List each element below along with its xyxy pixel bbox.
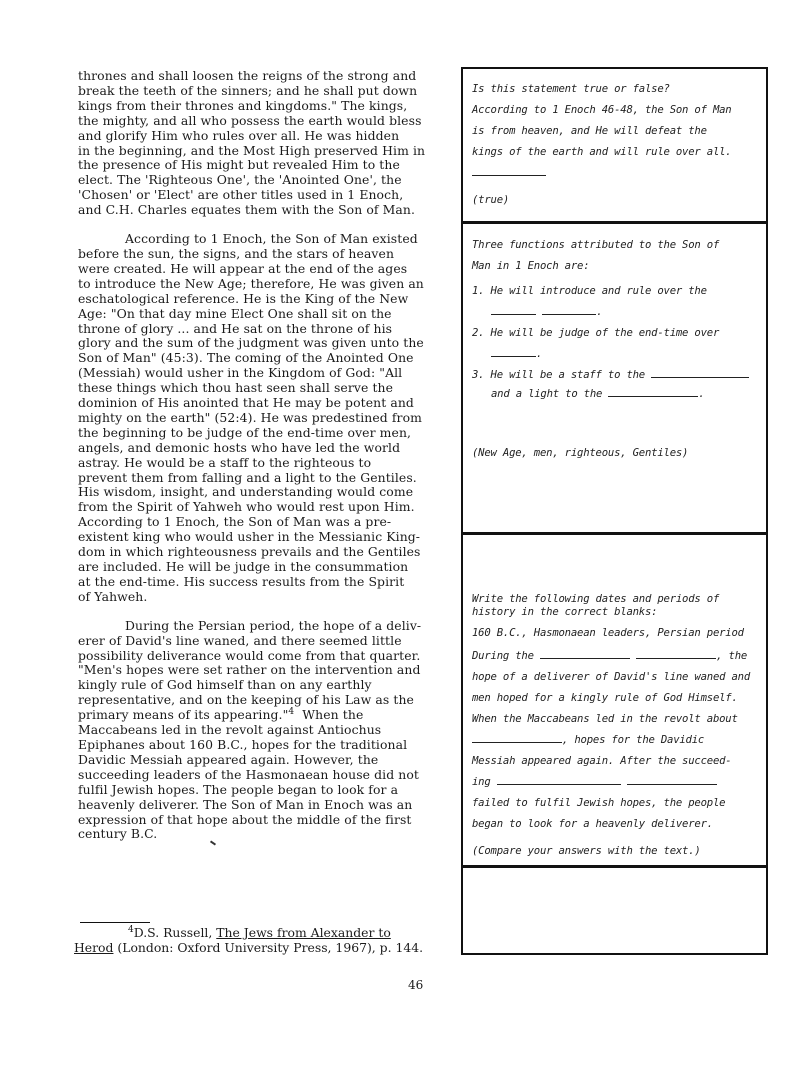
main-text-column: thrones and shall loosen the reigns of t… xyxy=(78,69,456,842)
exercise-box-functions: Three functions attributed to the Son of… xyxy=(472,235,764,464)
page-number: 46 xyxy=(408,978,423,992)
text-line: Age: "On that day mine Elect One shall s… xyxy=(78,307,456,322)
box2-answer: (New Age, men, righteous, Gentiles) xyxy=(472,443,764,464)
text-line: in the beginning, and the Most High pres… xyxy=(78,144,456,159)
box3-line-6: Messiah appeared again. After the succee… xyxy=(472,751,764,772)
text-line: Son of Man" (45:3). The coming of the An… xyxy=(78,351,456,366)
paragraph-2: According to 1 Enoch, the Son of Man exi… xyxy=(78,232,456,605)
text-line: century B.C. xyxy=(78,827,456,842)
text-line: the presence of His might but revealed H… xyxy=(78,158,456,173)
paragraph-3: During the Persian period, the hope of a… xyxy=(78,619,456,843)
footnote-author: D.S. Russell, xyxy=(134,925,217,940)
answer-blank[interactable] xyxy=(472,732,562,743)
box-divider xyxy=(461,532,766,535)
answer-blank[interactable] xyxy=(540,648,630,659)
text-line: succeeding leaders of the Hasmonaean hou… xyxy=(78,768,456,783)
exercise-box-true-false: Is this statement true or false? Accordi… xyxy=(472,79,764,211)
text-line: glory and the sum of the judgment was gi… xyxy=(78,336,456,351)
box3-line-7: ing xyxy=(472,776,491,788)
box1-prompt: Is this statement true or false? xyxy=(472,79,764,100)
text-line: prevent them from falling and a light to… xyxy=(78,471,456,486)
box2-item-1: 1. He will introduce and rule over the xyxy=(472,281,764,302)
answer-blank[interactable] xyxy=(491,346,536,357)
box3-line-9: began to look for a heavenly deliverer. xyxy=(472,814,764,835)
answer-blank[interactable] xyxy=(651,367,749,378)
text-line: "Men's hopes were set rather on the inte… xyxy=(78,663,456,678)
answer-blank[interactable] xyxy=(497,774,621,785)
text-line: During the Persian period, the hope of a… xyxy=(78,619,456,634)
text-line: of Yahweh. xyxy=(78,590,456,605)
text-line: thrones and shall loosen the reigns of t… xyxy=(78,69,456,84)
answer-blank[interactable] xyxy=(608,386,698,397)
footnote-publication: (London: Oxford University Press, 1967),… xyxy=(113,940,423,955)
text-line: expression of that hope about the middle… xyxy=(78,813,456,828)
box2-item-3: 3. He will be a staff to the xyxy=(472,369,645,381)
box1-statement-line: kings of the earth and will rule over al… xyxy=(472,142,764,163)
box1-statement-line: According to 1 Enoch 46-48, the Son of M… xyxy=(472,100,764,121)
text-line: at the end-time. His success results fro… xyxy=(78,575,456,590)
answer-blank[interactable] xyxy=(542,304,596,315)
text-line: were created. He will appear at the end … xyxy=(78,262,456,277)
box1-statement-line: is from heaven, and He will defeat the xyxy=(472,121,764,142)
answer-blank[interactable] xyxy=(491,304,536,315)
footnote-title: The Jews from Alexander to xyxy=(216,925,391,940)
empty-answer-box xyxy=(463,868,764,951)
text-line: mighty on the earth" (52:4). He was pred… xyxy=(78,411,456,426)
text-line: possibility deliverance would come from … xyxy=(78,649,456,664)
box3-line-4: When the Maccabeans led in the revolt ab… xyxy=(472,709,764,730)
box2-item-3-cont: and a light to the xyxy=(491,388,602,400)
exercise-box-dates: Write the following dates and periods of… xyxy=(472,593,764,862)
text-line: primary means of its appearing."4 When t… xyxy=(78,708,456,723)
box3-note: (Compare your answers with the text.) xyxy=(472,841,764,862)
text-line: break the teeth of the sinners; and he s… xyxy=(78,84,456,99)
text-line: erer of David's line waned, and there se… xyxy=(78,634,456,649)
box3-prompt-line: history in the correct blanks: xyxy=(472,606,764,619)
text-line: angels, and demonic hosts who have led t… xyxy=(78,441,456,456)
text-line: dom in which righteousness prevails and … xyxy=(78,545,456,560)
footnote: 4D.S. Russell, The Jews from Alexander t… xyxy=(74,925,454,955)
footnote-title-cont: Herod xyxy=(74,940,113,955)
text-line: from the Spirit of Yahweh who would rest… xyxy=(78,500,456,515)
footnote-rule xyxy=(80,922,150,923)
text-line: throne of glory ... and He sat on the th… xyxy=(78,322,456,337)
text-line: fulfil Jewish hopes. The people began to… xyxy=(78,783,456,798)
text-line: kings from their thrones and kingdoms." … xyxy=(78,99,456,114)
text-line: 'Chosen' or 'Elect' are other titles use… xyxy=(78,188,456,203)
paragraph-1: thrones and shall loosen the reigns of t… xyxy=(78,69,456,218)
text-line: According to 1 Enoch, the Son of Man exi… xyxy=(78,232,456,247)
text-line: eschatological reference. He is the King… xyxy=(78,292,456,307)
text-line: heavenly deliverer. The Son of Man in En… xyxy=(78,798,456,813)
box3-line-2: hope of a deliverer of David's line wane… xyxy=(472,667,764,688)
box3-options: 160 B.C., Hasmonaean leaders, Persian pe… xyxy=(472,623,764,644)
text-line: According to 1 Enoch, the Son of Man was… xyxy=(78,515,456,530)
text-line: these things which thou hast seen shall … xyxy=(78,381,456,396)
text-line: His wisdom, insight, and understanding w… xyxy=(78,485,456,500)
answer-blank[interactable] xyxy=(636,648,716,659)
box2-prompt-line: Man in 1 Enoch are: xyxy=(472,256,764,277)
text-line: Davidic Messiah appeared again. However,… xyxy=(78,753,456,768)
text-line: kingly rule of God himself than on any e… xyxy=(78,678,456,693)
box3-prompt-line: Write the following dates and periods of xyxy=(472,593,764,606)
answer-blank[interactable] xyxy=(472,165,546,176)
answer-blank[interactable] xyxy=(627,774,717,785)
text-line: Epiphanes about 160 B.C., hopes for the … xyxy=(78,738,456,753)
text-line: dominion of His anointed that He may be … xyxy=(78,396,456,411)
text-line: elect. The 'Righteous One', the 'Anointe… xyxy=(78,173,456,188)
text-line: and glorify Him who rules over all. He w… xyxy=(78,129,456,144)
text-line: are included. He will be judge in the co… xyxy=(78,560,456,575)
text-line: existent king who would usher in the Mes… xyxy=(78,530,456,545)
box3-line-3: men hoped for a kingly rule of God Himse… xyxy=(472,688,764,709)
box3-line-5: , hopes for the Davidic xyxy=(562,734,704,746)
box2-prompt-line: Three functions attributed to the Son of xyxy=(472,235,764,256)
text-line: the mighty, and all who possess the eart… xyxy=(78,114,456,129)
text-line: astray. He would be a staff to the right… xyxy=(78,456,456,471)
text-line: before the sun, the signs, and the stars… xyxy=(78,247,456,262)
text-line: the beginning to be judge of the end-tim… xyxy=(78,426,456,441)
text-line: to introduce the New Age; therefore, He … xyxy=(78,277,456,292)
box2-item-2: 2. He will be judge of the end-time over xyxy=(472,323,764,344)
box-divider xyxy=(461,221,766,224)
text-line: (Messiah) would usher in the Kingdom of … xyxy=(78,366,456,381)
text-line: and C.H. Charles equates them with the S… xyxy=(78,203,456,218)
text-line: Maccabeans led in the revolt against Ant… xyxy=(78,723,456,738)
box3-line-1: During the xyxy=(472,650,534,662)
text-line: representative, and on the keeping of hi… xyxy=(78,693,456,708)
box3-line-8: failed to fulfil Jewish hopes, the peopl… xyxy=(472,793,764,814)
box1-answer: (true) xyxy=(472,190,764,211)
